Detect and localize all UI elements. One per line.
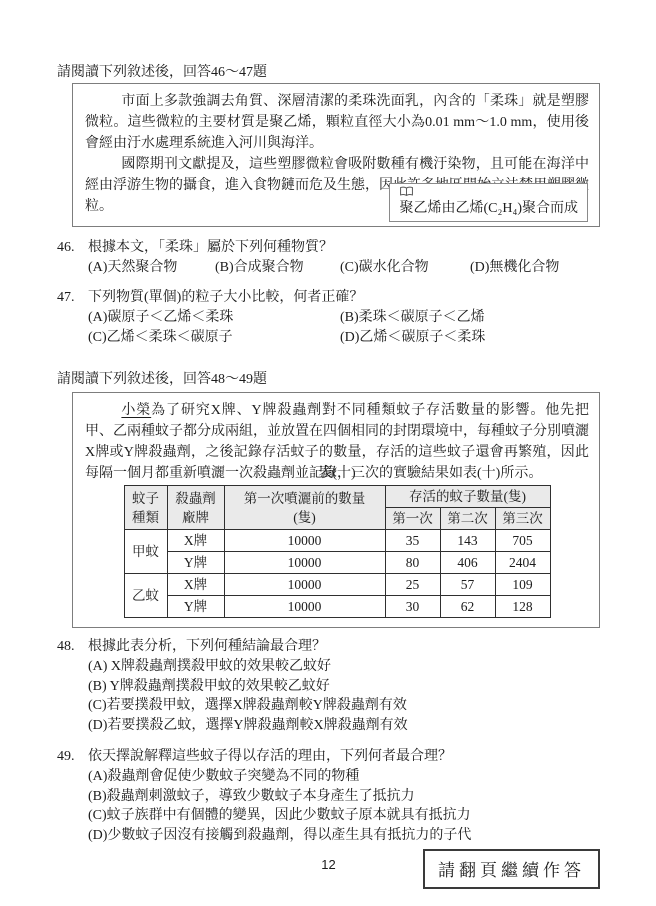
passage-box-microbeads: 市面上多款強調去角質、深層清潔的柔珠洗面乳，內含的「柔珠」就是塑膠微粒。這些微粒… <box>72 83 600 227</box>
q46-option-d: (D)無機化合物 <box>470 258 600 278</box>
q47-option-c: (C)乙烯＜柔珠＜碳原子 <box>88 328 340 348</box>
question-47-number: 47. <box>57 288 88 308</box>
q49-option-d: (D)少數蚊子因沒有接觸到殺蟲劑，得以產生具有抵抗力的子代 <box>88 826 600 846</box>
header-trial-1: 第一次 <box>385 508 440 530</box>
header-insecticide-brand: 殺蟲劑 廠牌 <box>167 486 224 530</box>
header-mosquito-species: 蚊子 種類 <box>124 486 167 530</box>
cell-trial1: 80 <box>385 552 440 574</box>
cell-trial2: 62 <box>440 596 495 618</box>
exam-page: 請閱讀下列敘述後，回答46～47題 市面上多款強調去角質、深層清潔的柔珠洗面乳，… <box>0 0 656 906</box>
table-row: 乙蚊 X牌 10000 25 57 109 <box>124 574 550 596</box>
q48-option-b: (B) Y牌殺蟲劑撲殺甲蚊的效果較乙蚊好 <box>88 677 600 697</box>
question-47-text: 下列物質(單個)的粒子大小比較，何者正確？ <box>88 288 600 308</box>
question-46: 46. 根據本文，「柔珠」屬於下列何種物質？ (A)天然聚合物 (B)合成聚合物… <box>57 238 600 278</box>
cell-trial2: 143 <box>440 530 495 552</box>
q46-option-b: (B)合成聚合物 <box>215 258 340 278</box>
passage1-paragraph-1: 市面上多款強調去角質、深層清潔的柔珠洗面乳，內含的「柔珠」就是塑膠微粒。這些微粒… <box>85 91 589 154</box>
q49-option-c: (C)蚊子族群中有個體的變異，因此少數蚊子原本就具有抵抗力 <box>88 806 600 826</box>
question-49-number: 49. <box>57 747 88 767</box>
cell-brand: X牌 <box>167 574 224 596</box>
cell-initial: 10000 <box>224 552 385 574</box>
passage-box-insecticide: 小榮為了研究X牌、Y牌殺蟲劑對不同種類蚊子存活數量的影響。他先把甲、乙兩種蚊子都… <box>72 392 600 628</box>
cell-trial1: 35 <box>385 530 440 552</box>
header-initial-count: 第一次噴灑前的數量 (隻) <box>224 486 385 530</box>
question-46-text: 根據本文，「柔珠」屬於下列何種物質？ <box>88 238 600 258</box>
table-header-row-1: 蚊子 種類 殺蟲劑 廠牌 第一次噴灑前的數量 (隻) 存活的蚊子數量(隻) <box>124 486 550 508</box>
q48-option-a: (A) X牌殺蟲劑撲殺甲蚊的效果較乙蚊好 <box>88 657 600 677</box>
cell-trial1: 25 <box>385 574 440 596</box>
cell-trial3: 109 <box>495 574 550 596</box>
q46-option-a: (A)天然聚合物 <box>88 258 215 278</box>
q47-option-b: (B)柔珠＜碳原子＜乙烯 <box>340 308 600 328</box>
question-48: 48. 根據此表分析，下列何種結論最合理？ (A) X牌殺蟲劑撲殺甲蚊的效果較乙… <box>57 637 600 735</box>
cell-species: 乙蚊 <box>124 574 167 618</box>
q48-option-d: (D)若要撲殺乙蚊，選擇Y牌殺蟲劑較X牌殺蟲劑有效 <box>88 716 600 736</box>
table-row: Y牌 10000 30 62 128 <box>124 596 550 618</box>
student-name: 小榮 <box>121 403 151 418</box>
cell-species: 甲蚊 <box>124 530 167 574</box>
question-46-number: 46. <box>57 238 88 258</box>
q49-option-a: (A)殺蟲劑會促使少數蚊子突變為不同的物種 <box>88 767 600 787</box>
polyethylene-note-box: 聚乙烯由乙烯(C₂H₄)聚合而成 <box>389 183 588 222</box>
reading-instruction-2: 請閱讀下列敘述後，回答48～49題 <box>57 369 600 390</box>
cell-brand: X牌 <box>167 530 224 552</box>
q47-option-a: (A)碳原子＜乙烯＜柔珠 <box>88 308 340 328</box>
q46-option-c: (C)碳水化合物 <box>340 258 470 278</box>
header-trial-2: 第二次 <box>440 508 495 530</box>
cell-trial2: 57 <box>440 574 495 596</box>
table-row: Y牌 10000 80 406 2404 <box>124 552 550 574</box>
cell-initial: 10000 <box>224 530 385 552</box>
q48-option-c: (C)若要撲殺甲蚊，選擇X牌殺蟲劑較Y牌殺蟲劑有效 <box>88 696 600 716</box>
cell-brand: Y牌 <box>167 552 224 574</box>
results-table: 蚊子 種類 殺蟲劑 廠牌 第一次噴灑前的數量 (隻) 存活的蚊子數量(隻) 第一… <box>124 485 551 618</box>
question-48-number: 48. <box>57 637 88 657</box>
cell-trial3: 2404 <box>495 552 550 574</box>
cell-trial1: 30 <box>385 596 440 618</box>
header-survivor-count: 存活的蚊子數量(隻) <box>385 486 550 508</box>
turn-page-notice: 請翻頁繼續作答 <box>423 849 600 889</box>
polyethylene-note-text: 聚乙烯由乙烯(C₂H₄)聚合而成 <box>399 201 578 216</box>
cell-trial3: 705 <box>495 530 550 552</box>
cell-trial2: 406 <box>440 552 495 574</box>
cell-brand: Y牌 <box>167 596 224 618</box>
reading-instruction-1: 請閱讀下列敘述後，回答46～47題 <box>57 62 600 83</box>
question-49: 49. 依天擇說解釋這些蚊子得以存活的理由，下列何者最合理？ (A)殺蟲劑會促使… <box>57 747 600 845</box>
q47-option-d: (D)乙烯＜碳原子＜柔珠 <box>340 328 600 348</box>
question-48-text: 根據此表分析，下列何種結論最合理？ <box>88 637 600 657</box>
page-footer: 12 請翻頁繼續作答 <box>57 849 600 906</box>
q49-option-b: (B)殺蟲劑刺激蚊子，導致少數蚊子本身產生了抵抗力 <box>88 787 600 807</box>
header-trial-3: 第三次 <box>495 508 550 530</box>
cell-trial3: 128 <box>495 596 550 618</box>
question-49-text: 依天擇說解釋這些蚊子得以存活的理由，下列何者最合理？ <box>88 747 600 767</box>
question-47: 47. 下列物質(單個)的粒子大小比較，何者正確？ (A)碳原子＜乙烯＜柔珠 (… <box>57 288 600 348</box>
table-row: 甲蚊 X牌 10000 35 143 705 <box>124 530 550 552</box>
book-icon <box>399 186 578 199</box>
cell-initial: 10000 <box>224 574 385 596</box>
cell-initial: 10000 <box>224 596 385 618</box>
